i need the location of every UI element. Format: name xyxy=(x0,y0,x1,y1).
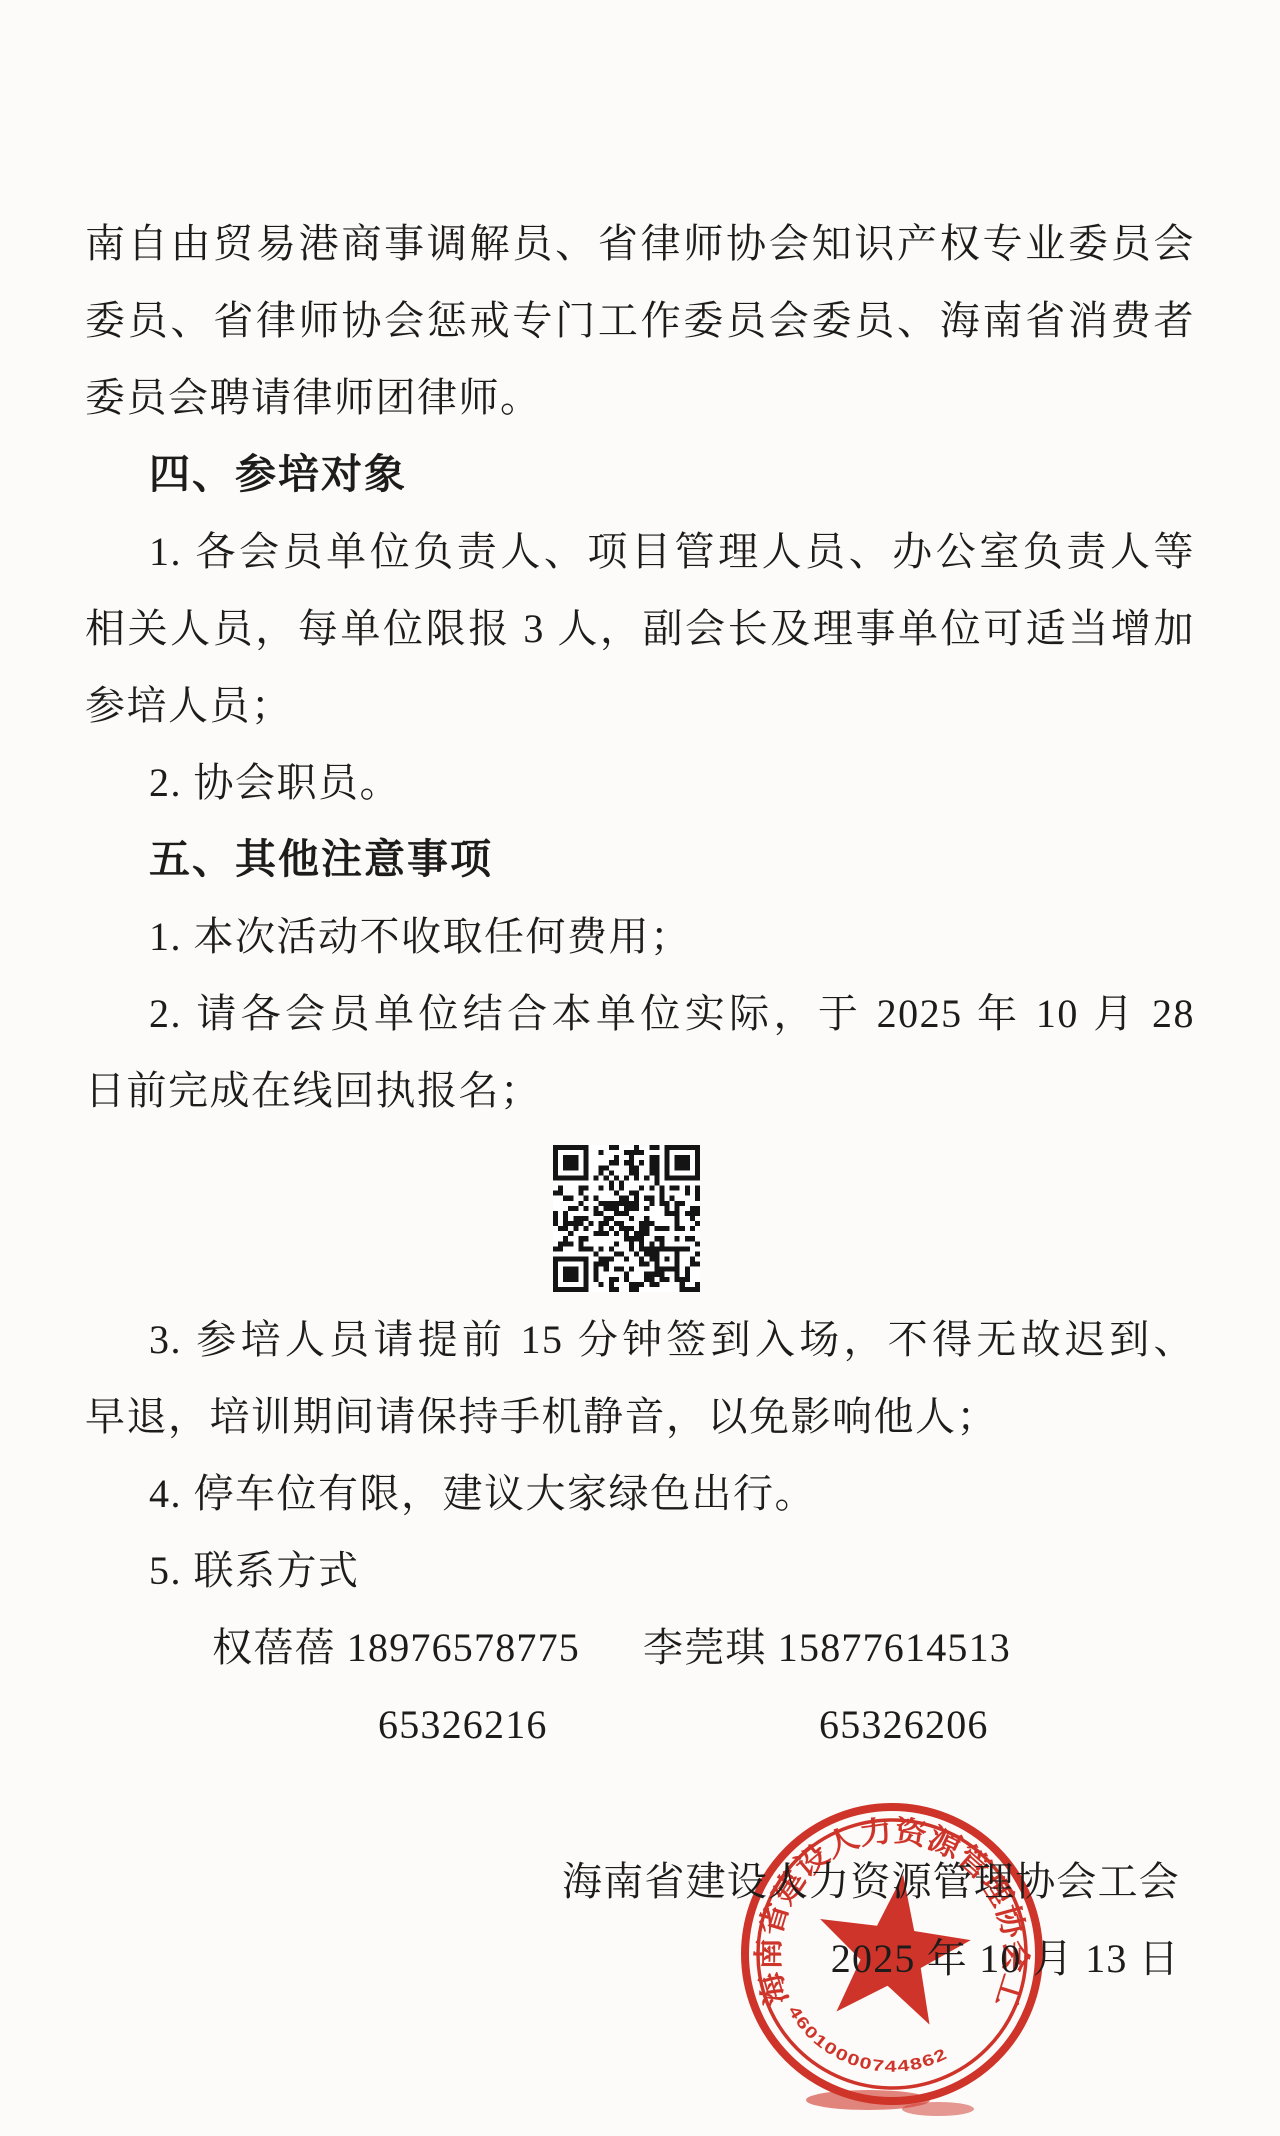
notice-document: 南自由贸易港商事调解员、省律师协会知识产权专业委员会委员、省律师协会惩戒专门工作… xyxy=(0,0,1280,2136)
document-body-lower: 3. 参培人员请提前 15 分钟签到入场，不得无故迟到、早退，培训期间请保持手机… xyxy=(85,1301,1195,1609)
text-line: 2. 请各会员单位结合本单位实际，于 2025 年 10 月 28 xyxy=(85,975,1195,1052)
text-line: 3. 参培人员请提前 15 分钟签到入场，不得无故迟到、 xyxy=(85,1301,1195,1378)
qr-code xyxy=(553,1145,700,1292)
contact-2-name-phone: 李莞琪 15877614513 xyxy=(643,1609,1011,1686)
text-line: 5. 联系方式 xyxy=(85,1532,1195,1609)
text-line: 委员、省律师协会惩戒专门工作委员会委员、海南省消费者 xyxy=(85,282,1195,359)
signature-org: 海南省建设人力资源管理协会工会 xyxy=(0,1843,1180,1920)
text-line: 1. 各会员单位负责人、项目管理人员、办公室负责人等 xyxy=(85,513,1195,590)
text-line: 2. 协会职员。 xyxy=(85,744,1195,821)
contact-1-name-phone: 权蓓蓓 18976578775 xyxy=(212,1609,580,1686)
section-heading: 四、参培对象 xyxy=(85,436,1195,513)
document-page: { "document": { "body_lines": [ {"text":… xyxy=(0,0,1280,2136)
signature-date: 2025 年 10 月 13 日 xyxy=(0,1920,1180,1997)
contact-2-landline: 65326206 xyxy=(819,1686,989,1763)
text-line: 4. 停车位有限，建议大家绿色出行。 xyxy=(85,1455,1195,1532)
seal-ink-smudge xyxy=(902,2102,974,2116)
text-line: 日前完成在线回执报名； xyxy=(85,1052,1195,1129)
contact-row-names: 权蓓蓓 18976578775 李莞琪 15877614513 xyxy=(212,1609,1011,1686)
text-line: 相关人员，每单位限报 3 人，副会长及理事单位可适当增加 xyxy=(85,590,1195,667)
text-line: 南自由贸易港商事调解员、省律师协会知识产权专业委员会 xyxy=(85,205,1195,282)
section-heading: 五、其他注意事项 xyxy=(85,821,1195,898)
text-line: 委员会聘请律师团律师。 xyxy=(85,359,1195,436)
document-body-upper: 南自由贸易港商事调解员、省律师协会知识产权专业委员会委员、省律师协会惩戒专门工作… xyxy=(85,205,1195,1129)
signature-block: 海南省建设人力资源管理协会工会 2025 年 10 月 13 日 xyxy=(0,1843,1180,1997)
text-line: 参培人员； xyxy=(85,667,1195,744)
contact-row-landlines: 65326216 65326206 xyxy=(0,1686,1280,1763)
contact-1-landline: 65326216 xyxy=(378,1686,548,1763)
text-line: 1. 本次活动不收取任何费用； xyxy=(85,898,1195,975)
text-line: 早退，培训期间请保持手机静音，以免影响他人； xyxy=(85,1378,1195,1455)
